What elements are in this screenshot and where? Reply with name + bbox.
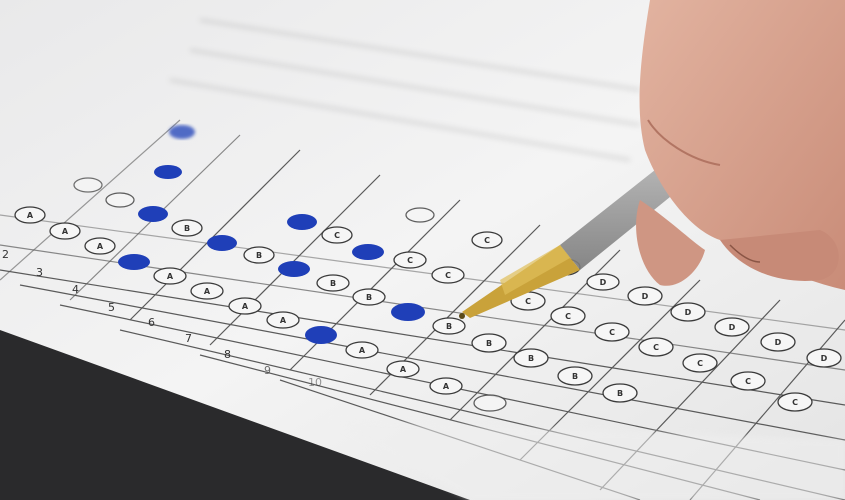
svg-text:A: A [204, 287, 211, 296]
svg-text:D: D [642, 292, 649, 301]
svg-text:A: A [280, 316, 287, 325]
svg-text:C: C [697, 359, 703, 368]
svg-text:D: D [600, 278, 607, 287]
svg-text:B: B [617, 389, 623, 398]
svg-text:8: 8 [224, 348, 231, 361]
svg-text:5: 5 [108, 301, 115, 314]
svg-text:A: A [27, 211, 34, 220]
svg-text:B: B [572, 372, 578, 381]
svg-text:2: 2 [2, 248, 9, 261]
svg-text:A: A [359, 346, 366, 355]
svg-text:B: B [446, 322, 452, 331]
svg-text:3: 3 [36, 266, 43, 279]
svg-text:B: B [256, 251, 262, 260]
svg-text:A: A [62, 227, 69, 236]
svg-text:D: D [775, 338, 782, 347]
svg-text:C: C [484, 236, 490, 245]
svg-text:10: 10 [308, 376, 322, 389]
svg-text:D: D [821, 354, 828, 363]
svg-text:C: C [609, 328, 615, 337]
svg-text:C: C [407, 256, 413, 265]
svg-text:C: C [334, 231, 340, 240]
svg-text:9: 9 [264, 364, 271, 377]
svg-text:C: C [525, 297, 531, 306]
svg-text:B: B [366, 293, 372, 302]
svg-text:4: 4 [72, 283, 79, 296]
svg-text:A: A [97, 242, 104, 251]
svg-text:C: C [792, 398, 798, 407]
svg-text:C: C [653, 343, 659, 352]
hand [636, 0, 845, 290]
svg-text:7: 7 [185, 332, 192, 345]
svg-text:D: D [685, 308, 692, 317]
svg-text:C: C [565, 312, 571, 321]
svg-text:B: B [486, 339, 492, 348]
svg-text:A: A [400, 365, 407, 374]
answer-sheet-photo: 2 3 4 5 6 7 8 9 10 [0, 0, 845, 500]
svg-text:B: B [528, 354, 534, 363]
svg-text:A: A [167, 272, 174, 281]
svg-text:D: D [729, 323, 736, 332]
svg-text:6: 6 [148, 316, 155, 329]
svg-text:A: A [443, 382, 450, 391]
photo-scene: 2 3 4 5 6 7 8 9 10 [0, 0, 845, 500]
svg-text:A: A [242, 302, 249, 311]
svg-text:C: C [745, 377, 751, 386]
svg-text:B: B [184, 224, 190, 233]
svg-text:B: B [330, 279, 336, 288]
svg-text:C: C [445, 271, 451, 280]
